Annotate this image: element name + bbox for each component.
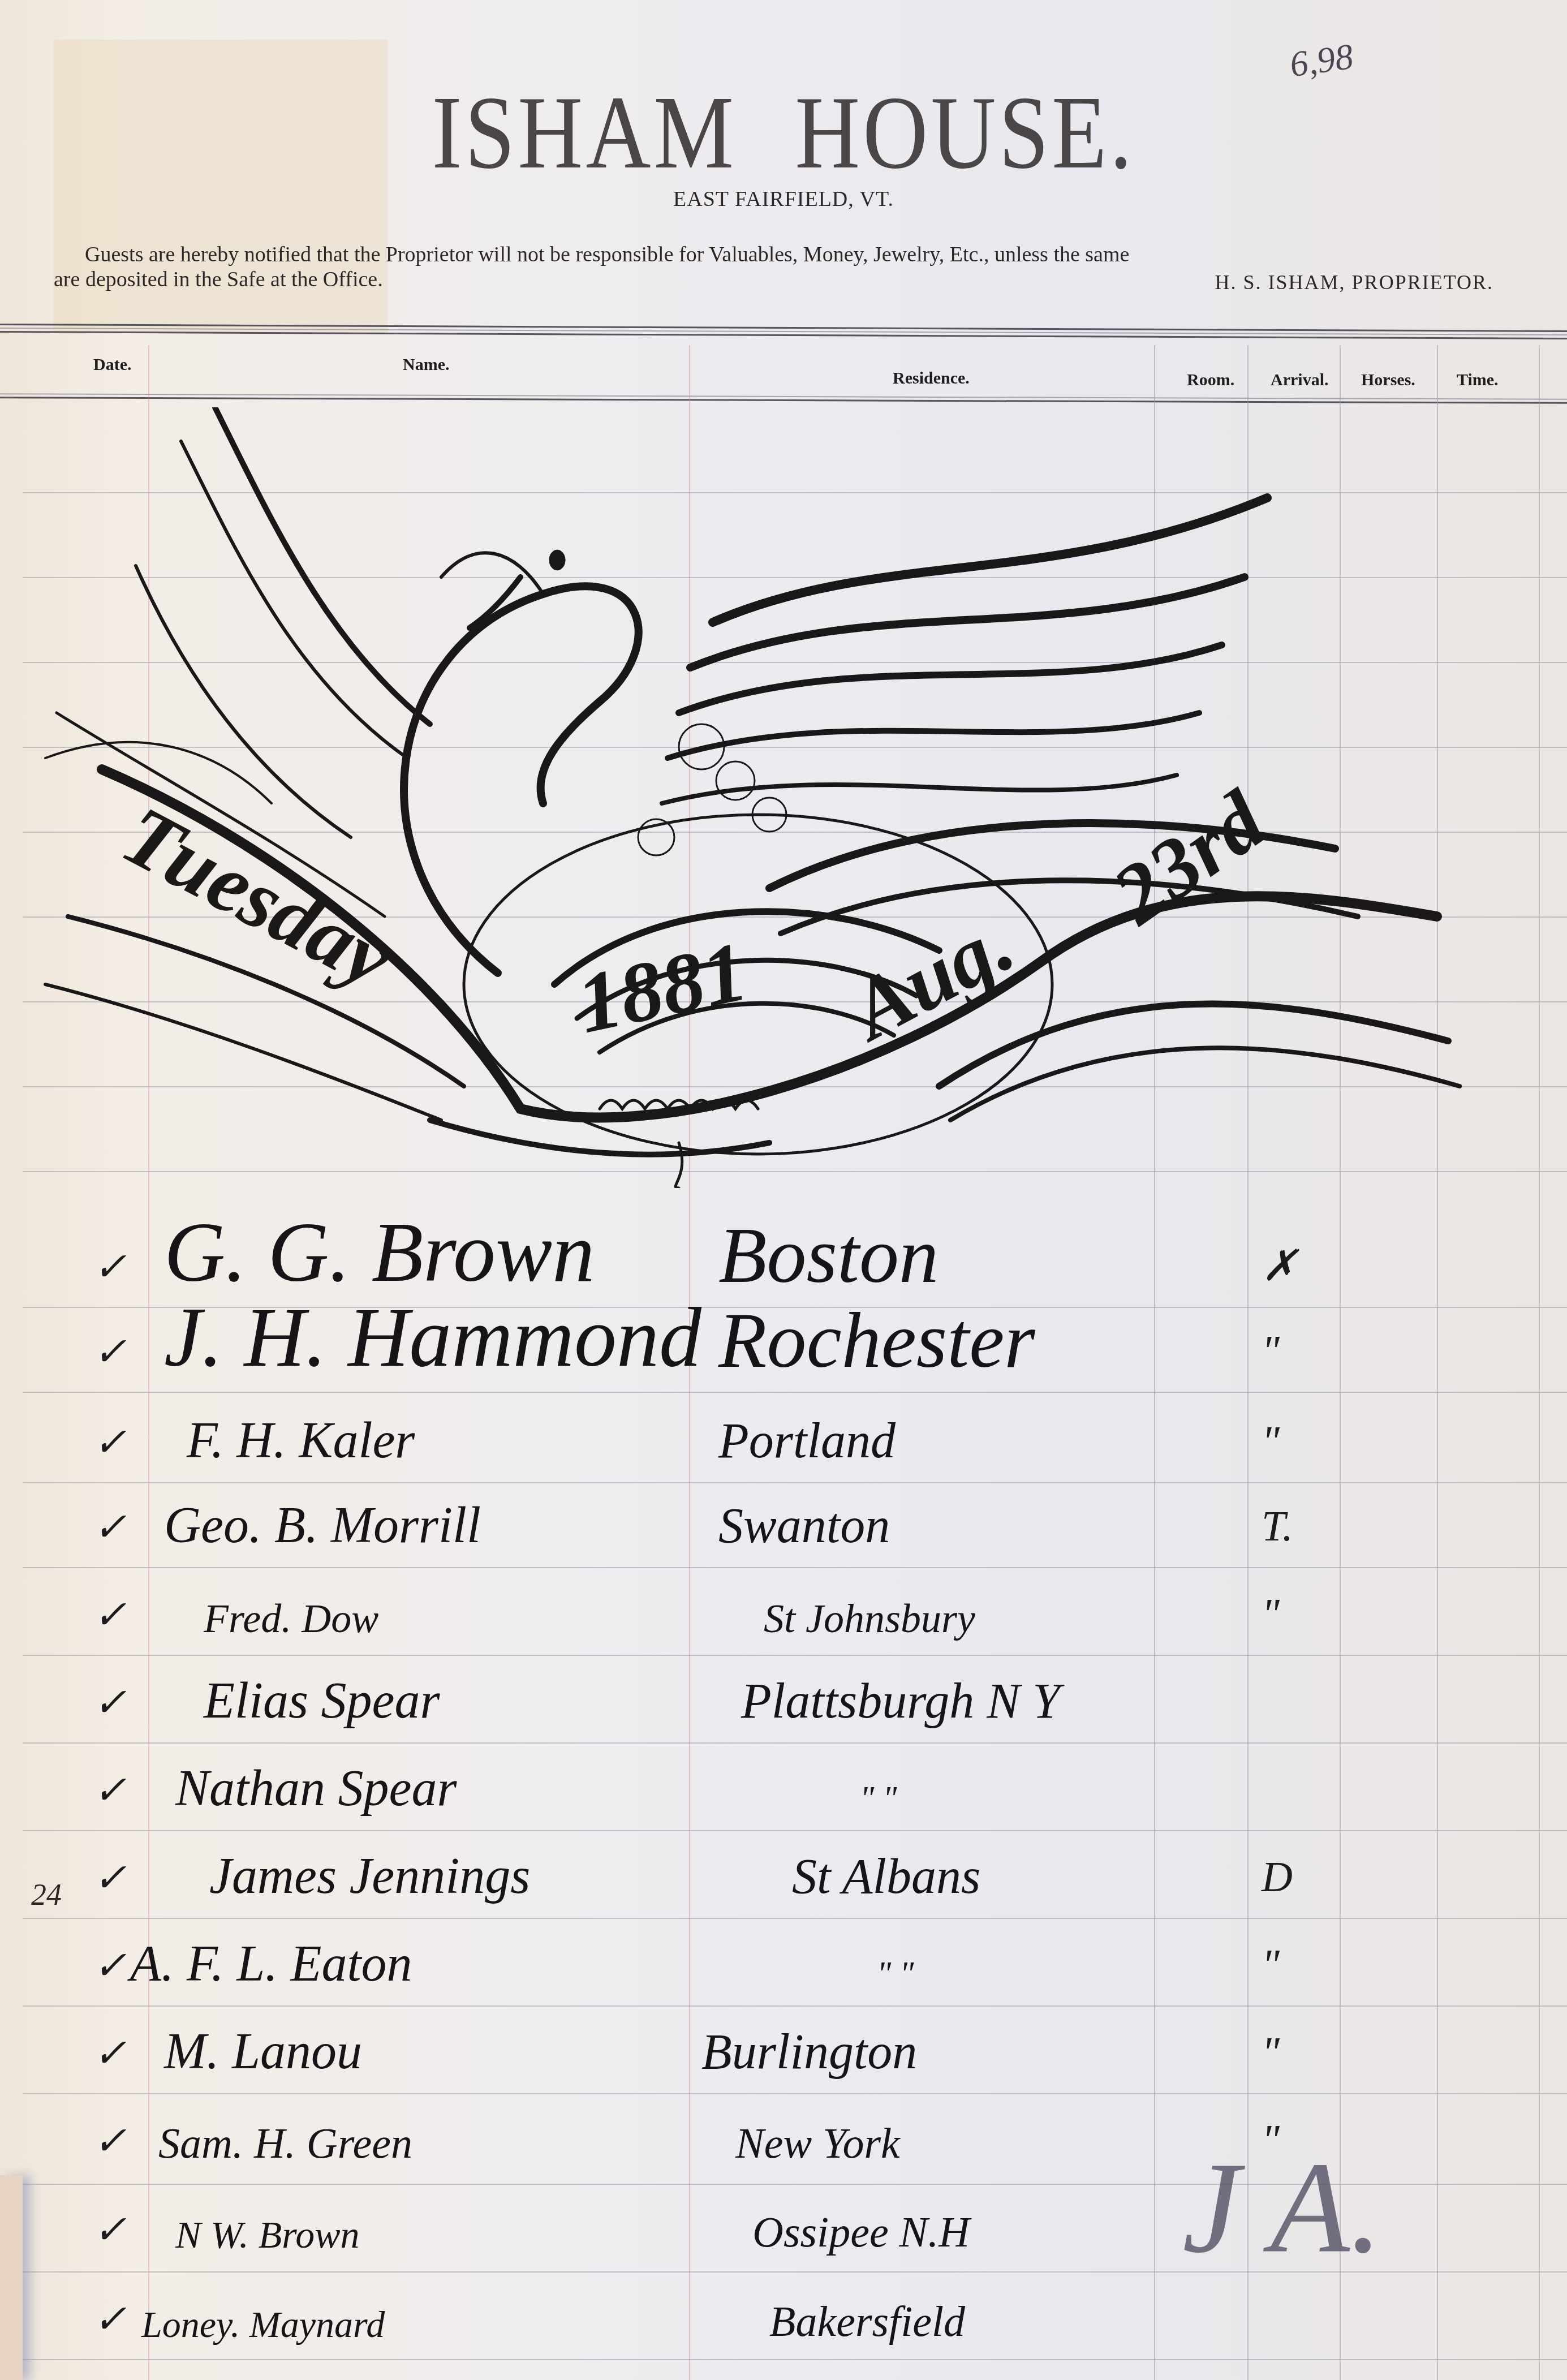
guest-name: M. Lanou [164,2022,362,2081]
check-mark-icon: ✓ [93,1679,127,1725]
row-rule [23,1567,1567,1568]
guest-entry: ✓ J. H. Hammond Rochester " [0,1307,1567,1392]
liability-notice-line2: are deposited in the Safe at the Office. [54,267,383,292]
guest-residence: Burlington [701,2024,917,2081]
guest-residence: Plattsburgh N Y [741,1673,1060,1730]
liability-notice-line1: Guests are hereby notified that the Prop… [85,242,1544,267]
guest-residence: Rochester [718,1295,1035,1386]
column-header-name: Name. [403,355,449,375]
guest-entry: ✓ Fred. Dow St Johnsbury " [0,1570,1567,1655]
guest-name: Loney. Maynard [141,2304,385,2347]
check-mark-icon: ✓ [93,1767,127,1813]
check-mark-icon: ✓ [93,2030,127,2076]
title-house: HOUSE. [795,75,1135,191]
header-top-rule [0,324,1567,343]
guest-residence: Swanton [718,1497,890,1555]
check-mark-icon: ✓ [93,1328,127,1375]
guest-entry: ✓ Geo. B. Morrill Swanton T. [0,1482,1567,1567]
check-mark-icon: ✓ [93,1243,127,1290]
margin-pencil-note: J A. [1182,2133,1382,2283]
row-rule [23,2093,1567,2094]
guest-entry: ✓ Loney. Maynard Bakersfield [0,2274,1567,2359]
guest-residence: St Albans [792,1848,980,1905]
guest-entry: ✓ Nathan Spear " " [0,1745,1567,1830]
guest-residence: St Johnsbury [764,1595,975,1642]
guest-name: J. H. Hammond [164,1289,701,1386]
hotel-location: EAST FAIRFIELD, VT. [0,187,1567,212]
guest-room: T. [1262,1502,1293,1551]
guest-name: Fred. Dow [204,1595,378,1642]
guest-residence: " " [860,1779,897,1818]
guest-name: Sam. H. Green [158,2119,412,2168]
page-title: ISHAMHOUSE. [110,72,1457,193]
guest-entry: ✓ M. Lanou Burlington " [0,2008,1567,2093]
column-header-time: Time. [1457,371,1499,390]
guest-entry: ✓ Elias Spear Plattsburgh N Y [0,1658,1567,1742]
column-header-room: Room. [1187,371,1234,390]
row-rule [23,1830,1567,1831]
check-mark-icon: ✓ [93,1591,127,1638]
check-mark-icon: ✓ [93,1504,127,1550]
guest-room: " [1262,1417,1280,1466]
guest-room: " [1262,1590,1280,1639]
guest-residence: " " [877,1954,914,1993]
register-page: 6,98 ISHAMHOUSE. EAST FAIRFIELD, VT. Gue… [0,0,1567,2380]
guest-name: N W. Brown [175,2213,360,2257]
guest-residence: New York [735,2119,900,2168]
guest-room: " [1262,2028,1280,2077]
check-mark-icon: ✓ [93,1854,127,1901]
guest-residence: Ossipee N.H [752,2208,970,2257]
entry-date: 24 [31,1877,62,1912]
guest-name: G. G. Brown [164,1204,595,1301]
proprietor-name: H. S. ISHAM, PROPRIETOR. [1215,270,1493,294]
check-mark-icon: ✓ [93,2118,127,2164]
guest-name: Geo. B. Morrill [164,1496,481,1555]
row-rule [23,1918,1567,1919]
guest-residence: Portland [718,1413,896,1470]
guest-residence: Boston [718,1210,939,1301]
swan-flourish-illustration [34,407,1482,1188]
guest-name: F. H. Kaler [187,1411,415,1470]
guest-room: D [1262,1853,1293,1902]
column-header-horses: Horses. [1361,371,1415,390]
column-header-residence: Residence. [893,369,970,388]
column-header-date: Date. [93,355,131,375]
check-mark-icon: ✓ [93,2296,127,2342]
guest-entry: ✓ A. F. L. Eaton " " " [0,1921,1567,2005]
guest-entry: 24 ✓ James Jennings St Albans D [0,1833,1567,1918]
row-rule [23,1655,1567,1656]
check-mark-icon: ✓ [93,1419,127,1465]
guest-name: Elias Spear [204,1672,440,1730]
row-rule [23,2359,1567,2360]
guest-residence: Bakersfield [769,2297,965,2347]
row-rule [23,1742,1567,1744]
row-rule [23,1392,1567,1393]
guest-room: " [1262,1940,1280,1990]
check-mark-icon: ✓ [93,2206,127,2253]
row-rule [23,2005,1567,2007]
guest-name: James Jennings [209,1847,530,1905]
guest-room: ✗ [1262,1240,1298,1291]
guest-name: Nathan Spear [175,1759,457,1818]
guest-name: A. F. L. Eaton [130,1935,412,1993]
title-isham: ISHAM [432,75,737,191]
guest-room: " [1262,1327,1280,1376]
check-mark-icon: ✓ [93,1942,127,1989]
guest-entry: ✓ F. H. Kaler Portland " [0,1397,1567,1482]
column-header-arrival: Arrival. [1271,371,1328,390]
